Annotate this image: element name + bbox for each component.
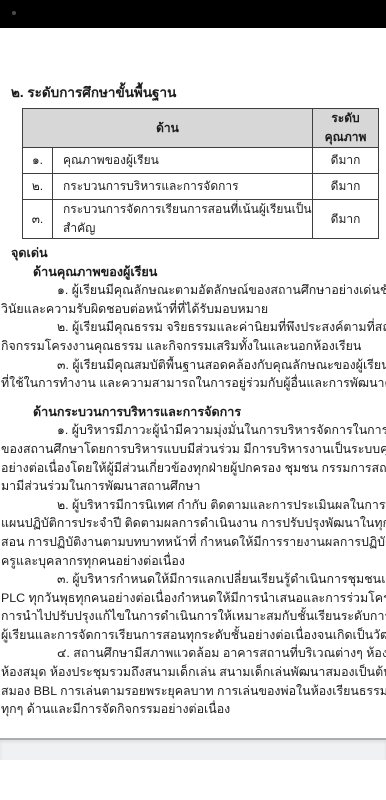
row-quality: ดีมาก	[313, 200, 379, 239]
paragraph-line: สมอง BBL การเล่นตามรอยพระยุคลบาท การเล่น…	[1, 682, 386, 701]
paragraph-line: ของสถานศึกษาโดยการบริหารแบบมีส่วนร่วม มี…	[1, 440, 386, 459]
paragraph-line: ๔. สถานศึกษามีสภาพแวดล้อม อาคารสถานที่บร…	[1, 644, 386, 663]
strengths-heading: จุดเด่น	[11, 244, 386, 263]
paragraph-line: ๑. ผู้บริหารมีภาวะผู้นำมีความมุ่งมั่นในก…	[1, 421, 386, 440]
paragraph-line: ๓. ผู้เรียนมีคุณสมบัติพื้นฐานสอดคล้องกับ…	[1, 356, 386, 375]
table-row: ๒. กระบวนการบริหารและการจัดการ ดีมาก	[23, 174, 379, 200]
row-domain: กระบวนการจัดการเรียนการสอนที่เน้นผู้เรีย…	[53, 200, 313, 239]
page-title: ๒. ระดับการศึกษาขั้นพื้นฐาน	[11, 84, 386, 102]
document-page-2	[0, 760, 386, 800]
paragraph-line: ๑. ผู้เรียนมีคุณลักษณะตามอัตลักษณ์ของสถา…	[1, 281, 386, 300]
column-header-domain: ด้าน	[23, 109, 313, 148]
paragraph-line: มามีส่วนร่วมในการพัฒนาสถานศึกษา	[1, 477, 386, 496]
document-page-1: ๒. ระดับการศึกษาขั้นพื้นฐาน ด้าน ระดับคุ…	[0, 28, 386, 738]
quality-summary-table: ด้าน ระดับคุณภาพ ๑. คุณภาพของผู้เรียน ดี…	[22, 108, 379, 239]
table-row: ๓. กระบวนการจัดการเรียนการสอนที่เน้นผู้เ…	[23, 200, 379, 239]
table-row: ๑. คุณภาพของผู้เรียน ดีมาก	[23, 148, 379, 174]
paragraph-line: ๒. ผู้เรียนมีคุณธรรม จริยธรรมและค่านิยมท…	[1, 318, 386, 337]
paragraph-line: PLC ทุกวันพุธทุกคนอย่างต่อเนื่องกำหนดให้…	[1, 589, 386, 608]
paragraph-line: การนำไปปรับปรุงแก้ไขในการดำเนินการให้เหม…	[1, 607, 386, 626]
document-viewport[interactable]: ๒. ระดับการศึกษาขั้นพื้นฐาน ด้าน ระดับคุ…	[0, 28, 386, 800]
paragraph-line: อย่างต่อเนื่องโดยให้ผู้มีส่วนเกี่ยวข้องท…	[1, 459, 386, 478]
paragraph-line: ๒. ผู้บริหารมีการนิเทศ กำกับ ติดตามและกา…	[1, 496, 386, 515]
paragraph-line: แผนปฏิบัติการประจำปี ติดตามผลการดำเนินงา…	[1, 514, 386, 533]
paragraph-line: กิจกรรมโครงงานคุณธรรม และกิจกรรมเสริมทั้…	[1, 337, 386, 356]
paragraph-line: ที่ใช้ในการทำงาน และความสามารถในการอยู่ร…	[1, 374, 386, 393]
management-heading: ด้านกระบวนการบริหารและการจัดการ	[33, 403, 386, 422]
paragraph-line: ๓. ผู้บริหารกำหนดให้มีการแลกเปลี่ยนเรียน…	[1, 570, 386, 589]
column-header-quality: ระดับคุณภาพ	[313, 109, 379, 148]
status-bar	[0, 0, 386, 28]
paragraph-line: ผู้เรียนและการจัดการเรียนการสอนทุกระดับช…	[1, 626, 386, 645]
paragraph-line: ครูและบุคลากรทุกคนอย่างต่อเนื่อง	[1, 552, 386, 571]
paragraph-line: สอน การปฏิบัติงานตามบทบาทหน้าที่ กำหนดให…	[1, 533, 386, 552]
screen: ๒. ระดับการศึกษาขั้นพื้นฐาน ด้าน ระดับคุ…	[0, 0, 386, 800]
row-quality: ดีมาก	[313, 174, 379, 200]
paragraph-line: ห้องสมุด ห้องประชุมรวมถึงสนามเด็กเล่น สน…	[1, 663, 386, 682]
row-domain: คุณภาพของผู้เรียน	[53, 148, 313, 174]
row-quality: ดีมาก	[313, 148, 379, 174]
row-number: ๒.	[23, 174, 53, 200]
paragraph-line: ทุกๆ ด้านและมีการจัดกิจกรรมอย่างต่อเนื่อ…	[1, 700, 386, 719]
row-domain: กระบวนการบริหารและการจัดการ	[53, 174, 313, 200]
row-number: ๓.	[23, 200, 53, 239]
row-number: ๑.	[23, 148, 53, 174]
paragraph-line: วินัยและความรับผิดชอบต่อหน้าที่ที่ได้รับ…	[1, 300, 386, 319]
student-quality-heading: ด้านคุณภาพของผู้เรียน	[33, 263, 386, 282]
table-header-row: ด้าน ระดับคุณภาพ	[23, 109, 379, 148]
status-dot-icon	[12, 11, 16, 15]
page-separator	[0, 738, 386, 760]
